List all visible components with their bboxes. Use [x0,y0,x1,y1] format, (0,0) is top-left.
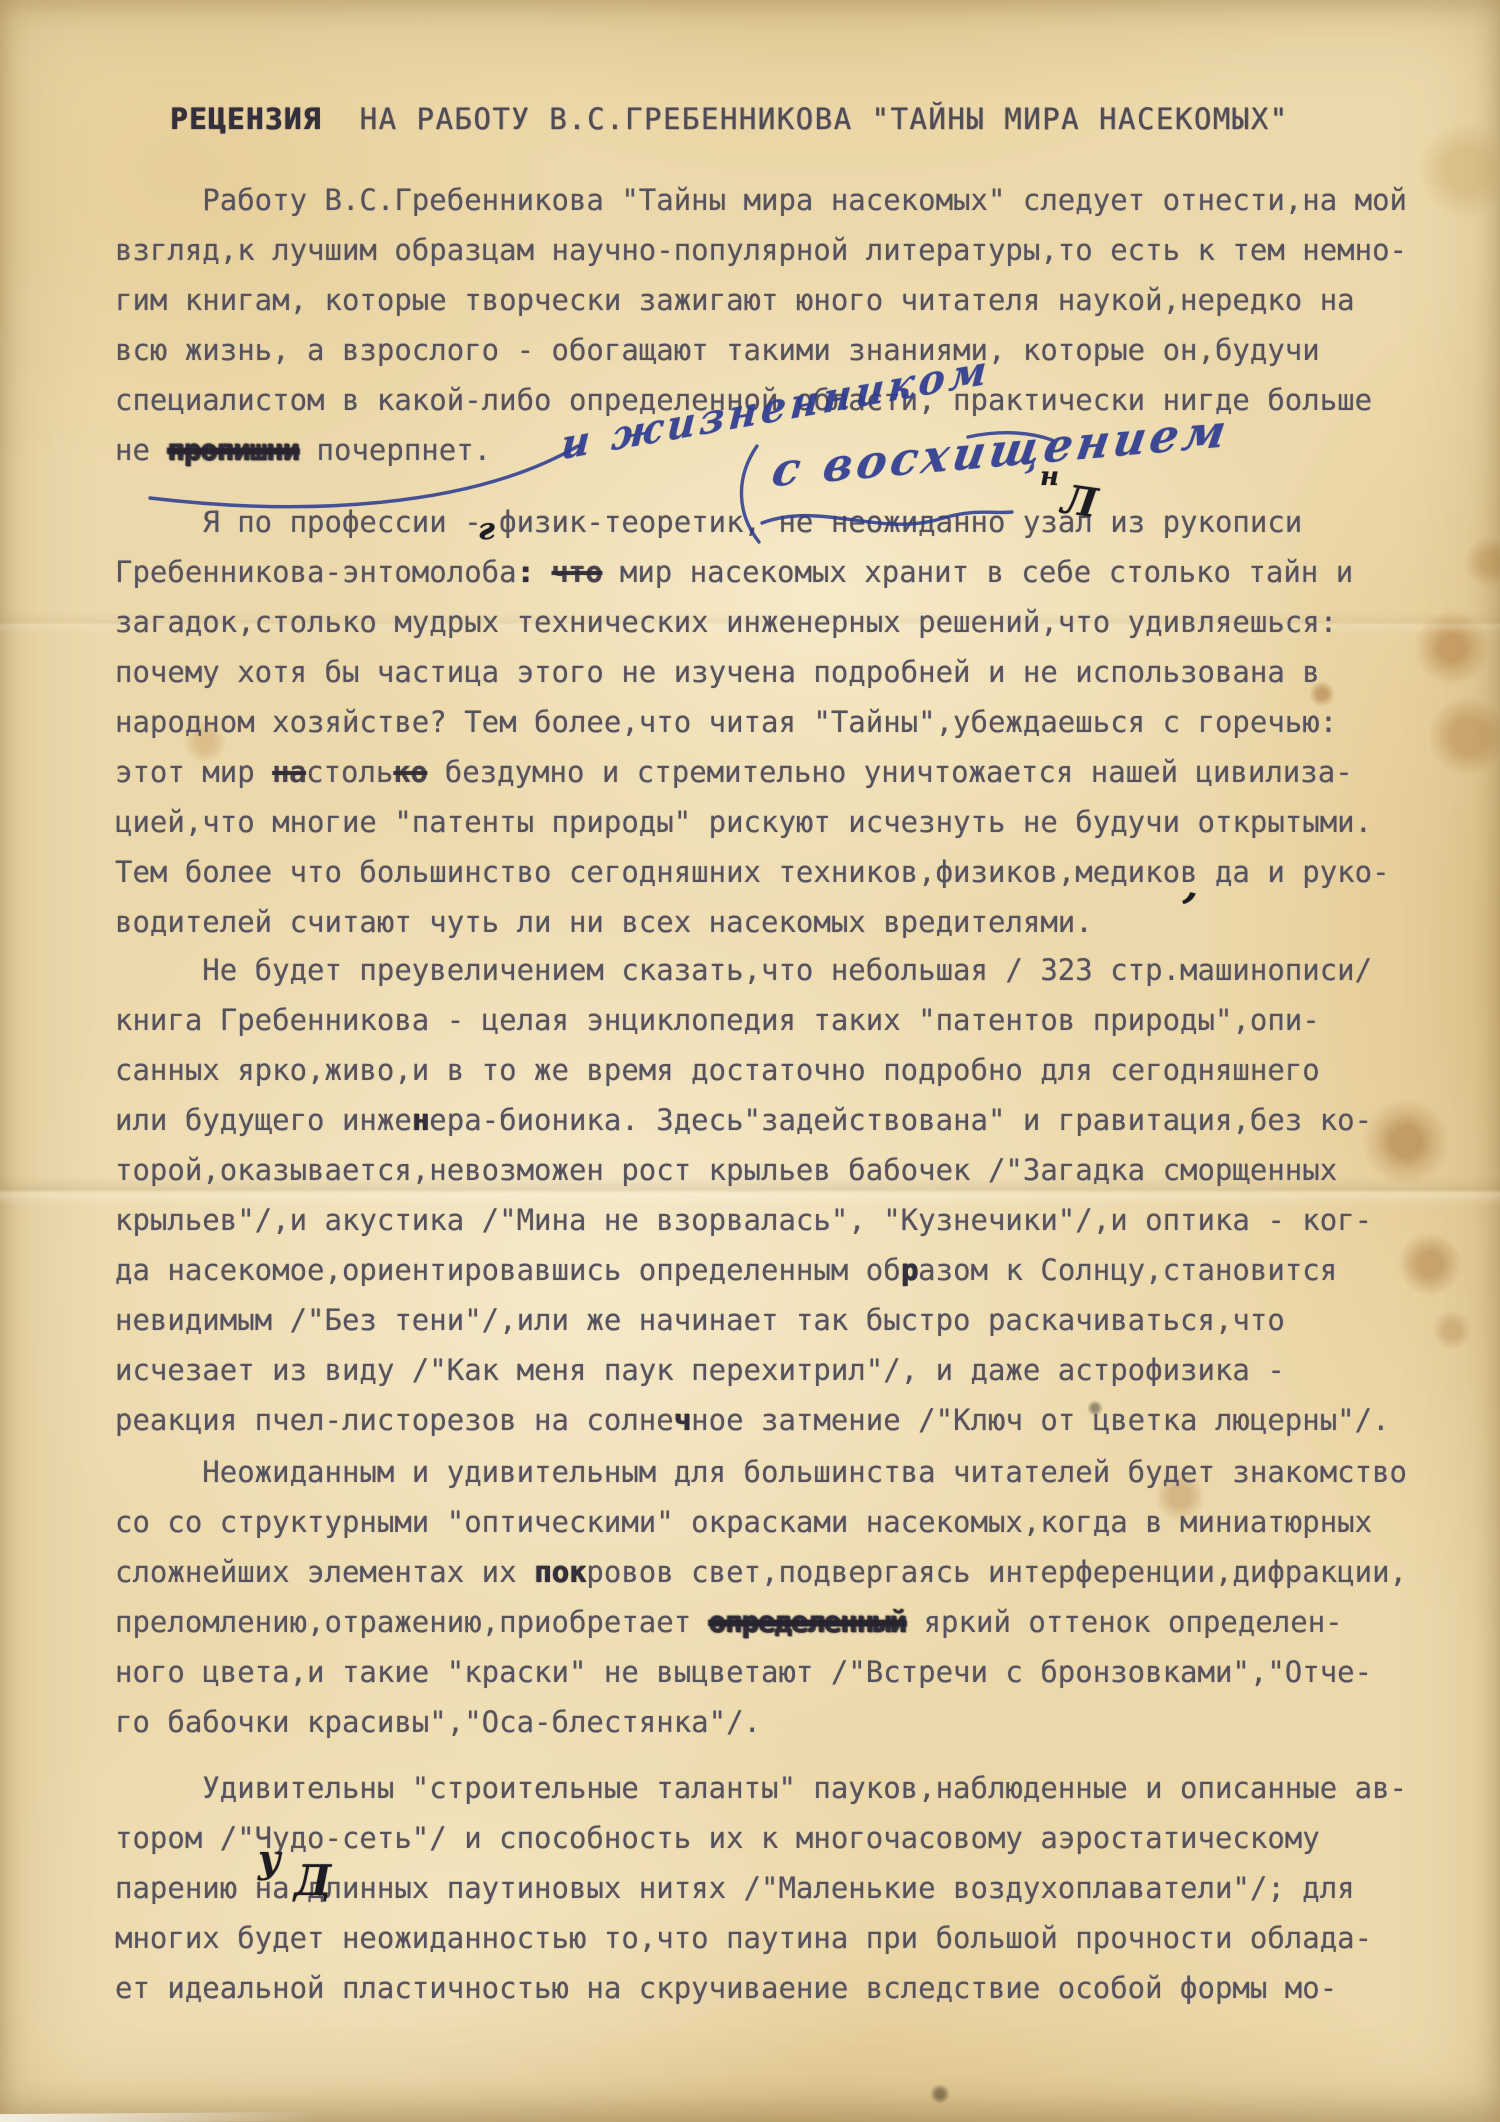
text-segment: определенный [709,1605,907,1639]
text-segment: цией,что многие "патенты природы" рискую… [115,805,1372,839]
text-segment: почерпнет. [299,433,491,467]
paragraph: Работу В.С.Гребенникова "Тайны мира насе… [115,175,1455,475]
text-segment: РЕЦЕНЗИЯ [170,102,322,136]
text-line: преломлению,отражению,приобретает опреде… [115,1597,1455,1647]
text-line: или будущего инженера-бионика. Здесь"зад… [115,1095,1455,1145]
text-line: сложнейших элементах их покровов свет,по… [115,1547,1455,1597]
text-segment: этот мир [115,755,272,789]
text-line: ного цвета,и такие "краски" не выцветают… [115,1647,1455,1697]
text-segment: бездумно и стремительно уничтожается наш… [427,755,1352,789]
text-segment: что [552,555,603,589]
text-line: Гребенникова-энтомолоба: что мир насеком… [115,547,1455,597]
text-segment: реакция пчел-листорезов на солне [115,1403,674,1437]
text-segment: Не будет преувеличением сказать,что небо… [115,953,1372,987]
text-segment: ного цвета,и такие "краски" не выцветают… [115,1655,1372,1689]
text-segment: Неожиданным и удивительным для большинст… [115,1455,1407,1489]
text-segment: санных ярко,живо,и в то же время достато… [115,1053,1320,1087]
text-segment: азом к Солнцу,становится [918,1253,1337,1287]
paragraph: Удивительны "строительные таланты" пауко… [115,1763,1455,2013]
text-segment: Тем более что большинство сегодняшних те… [115,855,1390,889]
text-segment: Гребенникова-энтомолоба [115,555,517,589]
text-segment: ера-бионика. Здесь"задействована" и грав… [429,1103,1372,1137]
text-segment: узал из рукописи [1005,505,1302,539]
text-line: Не будет преувеличением сказать,что небо… [115,945,1455,995]
text-line: специалистом в какой-либо определенной о… [115,375,1455,425]
text-line: этот мир настолько бездумно и стремитель… [115,747,1455,797]
text-line: народном хозяйстве? Тем более,что читая … [115,697,1455,747]
text-segment: го бабочки красивы","Оса-блестянка"/. [115,1705,761,1739]
text-line: да насекомое,ориентировавшись определенн… [115,1245,1455,1295]
text-segment: взгляд,к лучшим образцам научно-популярн… [115,233,1407,267]
text-segment: народном хозяйстве? Тем более,что читая … [115,705,1337,739]
text-line: невидимым /"Без тени"/,или же начинает т… [115,1295,1455,1345]
text-segment: : [517,555,534,589]
text-segment: ное затмение /"Ключ от цветка люцерны"/. [691,1403,1389,1437]
text-segment: на [272,755,306,789]
text-segment: загадок,столько мудрых технических инжен… [115,605,1337,639]
text-segment: исчезает из виду /"Как меня паук перехит… [115,1353,1285,1387]
paragraph: Я по профессии - физик-теоретик, не неож… [115,497,1455,947]
text-line: водителей считают чуть ли ни всех насеко… [115,897,1455,947]
scan-edge [0,2112,320,2122]
text-line: санных ярко,живо,и в то же время достато… [115,1045,1455,1095]
text-segment [534,555,551,589]
text-segment: почему хотя бы частица этого не изучена … [115,655,1320,689]
document-title: РЕЦЕНЗИЯ НА РАБОТУ В.С.ГРЕБЕННИКОВА "ТАЙ… [170,102,1289,136]
text-segment: яркий оттенок определен- [906,1605,1343,1639]
text-line: ет идеальной пластичностью на скручиваен… [115,1963,1455,2013]
text-segment: торой,оказывается,невозможен рост крылье… [115,1153,1337,1187]
text-line: цией,что многие "патенты природы" рискую… [115,797,1455,847]
text-segment: да насекомое,ориентировавшись определенн… [115,1253,901,1287]
text-segment: столь [306,755,393,789]
text-line: торой,оказывается,невозможен рост крылье… [115,1145,1455,1195]
text-line: исчезает из виду /"Как меня паук перехит… [115,1345,1455,1395]
text-segment: НА РАБОТУ В.С.ГРЕБЕННИКОВА "ТАЙНЫ МИРА Н… [322,102,1289,136]
text-segment: книга Гребенникова - целая энциклопедия … [115,1003,1320,1037]
text-line: го бабочки красивы","Оса-блестянка"/. [115,1697,1455,1747]
text-segment: Удивительны "строительные таланты" пауко… [115,1771,1407,1805]
text-segment: ровов свет,подвергаясь интерференции,диф… [586,1555,1407,1589]
text-line: многих будет неожиданностью то,что паути… [115,1913,1455,1963]
text-segment: или будущего инже [115,1103,412,1137]
text-segment: пропишни [167,433,299,467]
paragraph: Не будет преувеличением сказать,что небо… [115,945,1455,1445]
text-line: Тем более что большинство сегодняшних те… [115,847,1455,897]
text-segment: ко [393,755,427,789]
text-segment: парению на длинных паутиновых нитях /"Ма… [115,1871,1355,1905]
text-segment: мир насекомых хранит в себе столько тайн… [602,555,1353,589]
text-line: книга Гребенникова - целая энциклопедия … [115,995,1455,1045]
text-segment: не неожиданно [761,505,1005,539]
text-line: взгляд,к лучшим образцам научно-популярн… [115,225,1455,275]
text-line: Неожиданным и удивительным для большинст… [115,1447,1455,1497]
text-segment: крыльев"/,и акустика /"Мина не взорвалас… [115,1203,1372,1237]
text-line: Удивительны "строительные таланты" пауко… [115,1763,1455,1813]
text-line: гим книгам, которые творчески зажигают ю… [115,275,1455,325]
text-segment: ч [674,1403,691,1437]
scanned-document-page: РЕЦЕНЗИЯ НА РАБОТУ В.С.ГРЕБЕННИКОВА "ТАЙ… [0,0,1500,2122]
text-line: со со структурными "оптическими" окраска… [115,1497,1455,1547]
text-line: Работу В.С.Гребенникова "Тайны мира насе… [115,175,1455,225]
text-segment: гим книгам, которые творчески зажигают ю… [115,283,1355,317]
text-segment: н [412,1103,429,1137]
text-segment: невидимым /"Без тени"/,или же начинает т… [115,1303,1285,1337]
text-segment: преломлению,отражению,приобретает [115,1605,709,1639]
text-segment: многих будет неожиданностью то,что паути… [115,1921,1372,1955]
text-segment: сложнейших элементах их [115,1555,534,1589]
text-segment: специалистом в какой-либо определенной о… [115,383,1372,417]
text-segment: пок [534,1555,586,1589]
text-segment: со со структурными "оптическими" окраска… [115,1505,1372,1539]
text-line: загадок,столько мудрых технических инжен… [115,597,1455,647]
text-segment: Я по профессии - физик-теоретик, [115,505,761,539]
text-line: реакция пчел-листорезов на солнечное зат… [115,1395,1455,1445]
text-line: всю жизнь, а взрослого - обогащают таким… [115,325,1455,375]
paragraph: Неожиданным и удивительным для большинст… [115,1447,1455,1747]
text-line: почему хотя бы частица этого не изучена … [115,647,1455,697]
text-line: крыльев"/,и акустика /"Мина не взорвалас… [115,1195,1455,1245]
text-segment: р [901,1253,918,1287]
text-line: Я по профессии - физик-теоретик, не неож… [115,497,1455,547]
text-segment: тором /"Чудо-сеть"/ и способность их к м… [115,1821,1320,1855]
text-segment: водителей считают чуть ли ни всех насеко… [115,905,1093,939]
text-segment: Работу В.С.Гребенникова "Тайны мира насе… [115,183,1407,217]
text-segment: всю жизнь, а взрослого - обогащают таким… [115,333,1320,367]
text-line: не пропишни почерпнет. [115,425,1455,475]
text-line: парению на длинных паутиновых нитях /"Ма… [115,1863,1455,1913]
text-segment: ет идеальной пластичностью на скручиваен… [115,1971,1337,2005]
text-line: тором /"Чудо-сеть"/ и способность их к м… [115,1813,1455,1863]
text-segment: не [115,433,167,467]
